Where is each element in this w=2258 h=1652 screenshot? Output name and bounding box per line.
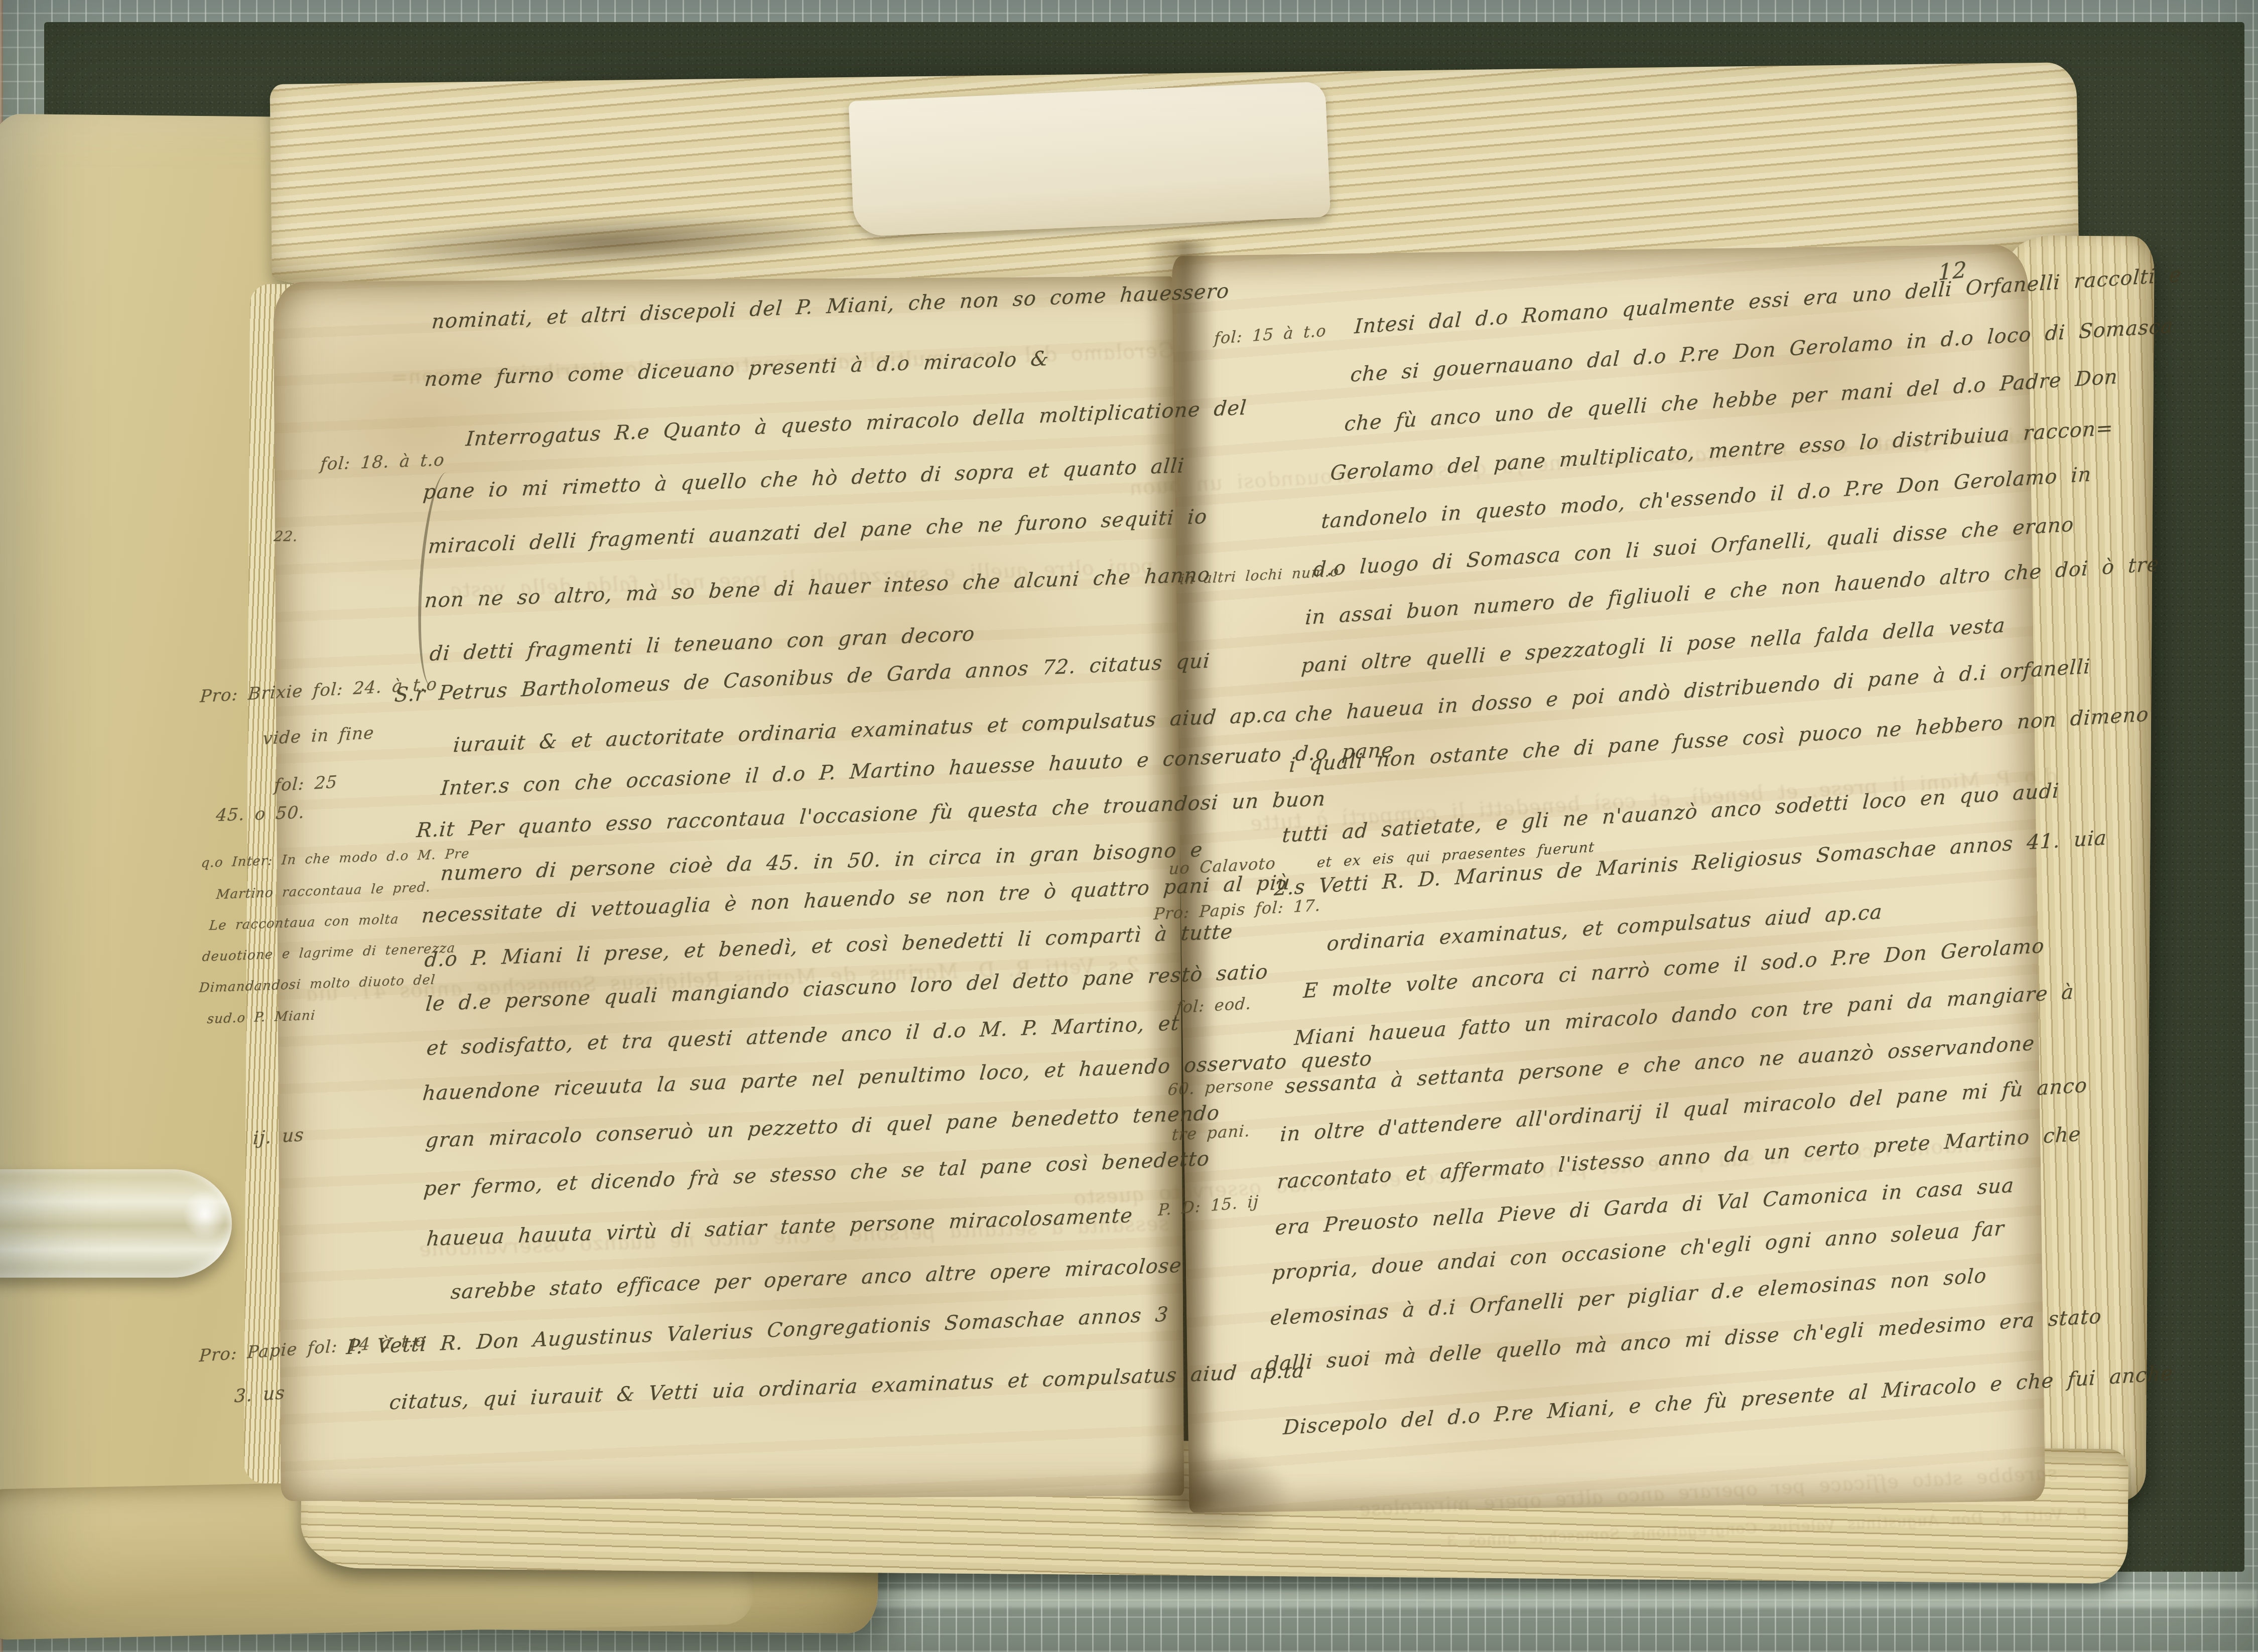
gutter-bottom-shadow bbox=[1094, 1430, 1325, 1561]
glass-highlight bbox=[160, 1180, 235, 1265]
margin-note-right: fol: eod. bbox=[1175, 994, 1252, 1017]
margin-note-left: ij. us bbox=[252, 1125, 305, 1149]
margin-note-left: 45. o 50. bbox=[215, 802, 305, 825]
page-number: 12 bbox=[1938, 257, 1967, 286]
margin-note-left: fol: 25 bbox=[274, 772, 338, 795]
manuscript-photograph: nominati, et altri discepoli del P. Mian… bbox=[0, 0, 2258, 1652]
margin-note-left: 22. bbox=[273, 528, 299, 544]
margin-note-left: 3. us bbox=[234, 1383, 286, 1407]
